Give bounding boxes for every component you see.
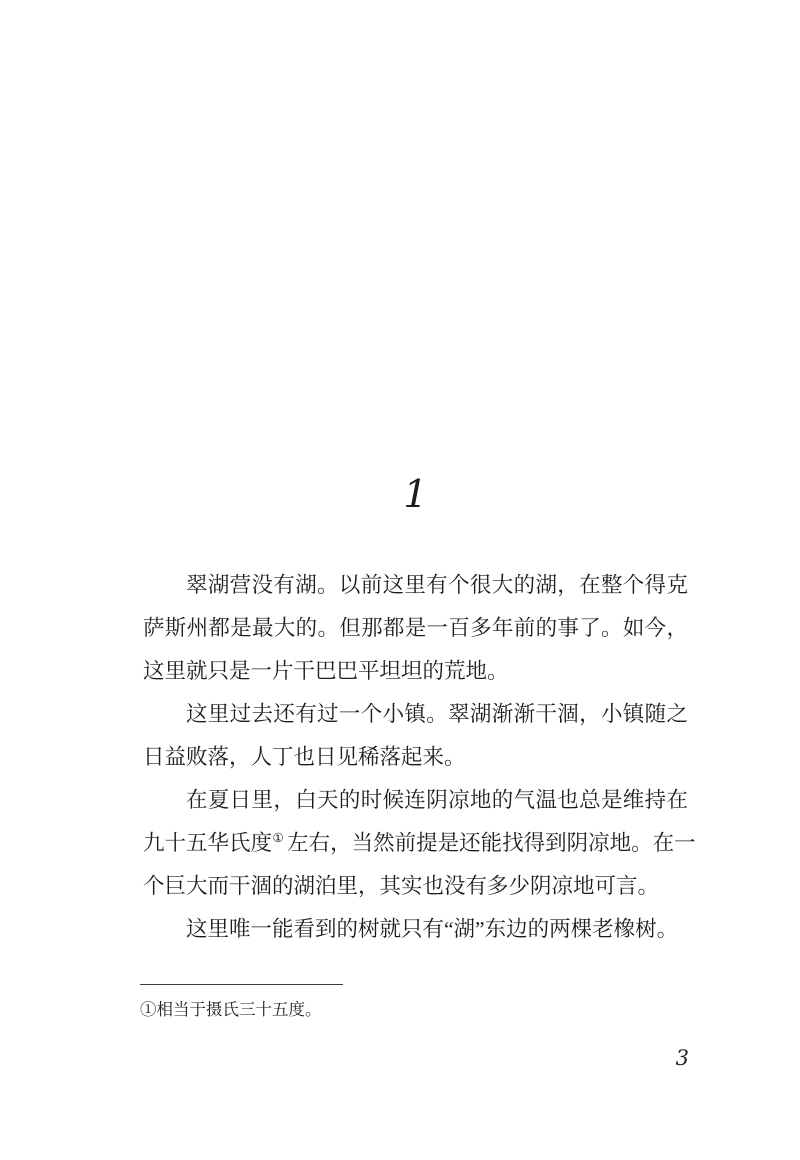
- text-segment: 九十五华氏度: [143, 831, 272, 855]
- book-page: 1 翠湖营没有湖。以前这里有个很大的湖，在整个得克 萨斯州都是最大的。但那都是一…: [0, 0, 800, 1160]
- paragraph: 这里过去还有过一个小镇。翠湖渐渐干涸，小镇随之 日益败落，人丁也日见稀落起来。: [143, 693, 688, 779]
- text-line: 萨斯州都是最大的。但那都是一百多年前的事了。如今，: [143, 607, 688, 650]
- footnote-separator-rule: [140, 984, 343, 985]
- page-number: 3: [143, 1045, 689, 1071]
- text-line: 这里唯一能看到的树就只有“湖”东边的两棵老橡树。: [143, 908, 688, 951]
- text-line: 翠湖营没有湖。以前这里有个很大的湖，在整个得克: [143, 564, 688, 607]
- footnote-marker: ①: [140, 1000, 157, 1019]
- text-line: 日益败落，人丁也日见稀落起来。: [143, 736, 688, 779]
- text-line: 九十五华氏度①左右，当然前提是还能找得到阴凉地。在一: [143, 822, 688, 865]
- body-text: 翠湖营没有湖。以前这里有个很大的湖，在整个得克 萨斯州都是最大的。但那都是一百多…: [143, 564, 688, 951]
- footnote-reference-marker: ①: [273, 831, 284, 845]
- chapter-number: 1: [143, 474, 688, 514]
- paragraph: 在夏日里，白天的时候连阴凉地的气温也总是维持在 九十五华氏度①左右，当然前提是还…: [143, 779, 688, 908]
- footnote-text: 相当于摄氏三十五度。: [157, 1000, 322, 1019]
- paragraph: 这里唯一能看到的树就只有“湖”东边的两棵老橡树。: [143, 908, 688, 951]
- footnote: ①相当于摄氏三十五度。: [140, 998, 322, 1022]
- paragraph: 翠湖营没有湖。以前这里有个很大的湖，在整个得克 萨斯州都是最大的。但那都是一百多…: [143, 564, 688, 693]
- text-line: 这里就只是一片干巴巴平坦坦的荒地。: [143, 650, 688, 693]
- text-segment: 左右，当然前提是还能找得到阴凉地。在一: [287, 831, 696, 855]
- text-line: 个巨大而干涸的湖泊里，其实也没有多少阴凉地可言。: [143, 865, 688, 908]
- text-line: 这里过去还有过一个小镇。翠湖渐渐干涸，小镇随之: [143, 693, 688, 736]
- text-line: 在夏日里，白天的时候连阴凉地的气温也总是维持在: [143, 779, 688, 822]
